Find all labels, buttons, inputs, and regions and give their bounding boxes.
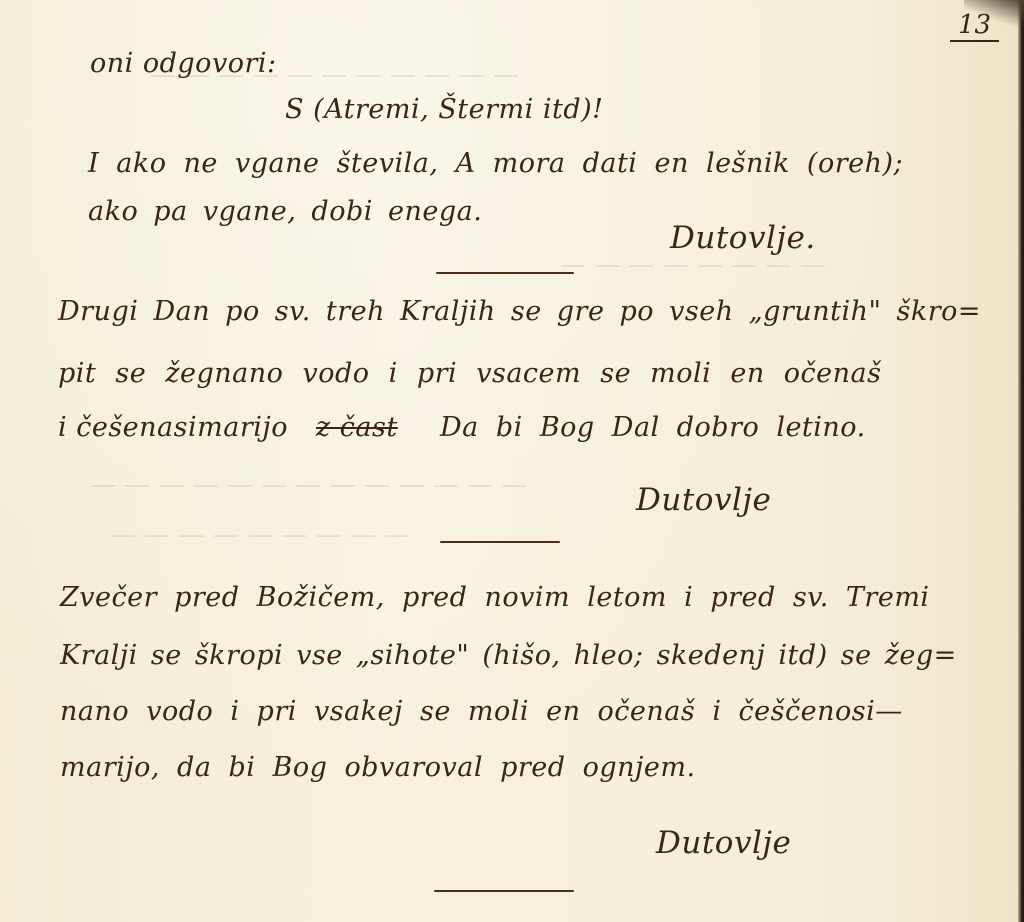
text-line: Drugi Dan po sv. treh Kraljih se gre po … [58, 296, 981, 327]
text-line: Zvečer pred Božičem, pred novim letom i … [60, 582, 930, 613]
text-line: I ako ne vgane števila, A mora dati en l… [88, 148, 903, 179]
text-line: S (Atremi, Štermi itd)! [285, 94, 603, 125]
signature-dutovlje: Dutovlje. [670, 220, 816, 256]
manuscript-page: — — — — — — — — — — — — — — — — — — — — … [0, 0, 1024, 922]
text-line: oni odgovori: [90, 48, 277, 79]
text-line: pit se žegnano vodo i pri vsacem se moli… [58, 358, 882, 389]
bleed-through-text: — — — — — — — — — — — — — [90, 470, 527, 500]
text-line: Da bi Bog Dal dobro letino. [440, 412, 866, 443]
text-line: Kralji se škropi vse „sihote" (hišo, hle… [60, 640, 957, 671]
text-line: nano vodo i pri vsakej se moli en očenaš… [60, 696, 903, 727]
page-number: 13 [950, 10, 999, 42]
signature-dutovlje: Dutovlje [636, 482, 771, 518]
page-edge-shadow [1018, 0, 1024, 922]
struck-text: z čast [316, 412, 398, 443]
bleed-through-text: — — — — — — — — — [110, 520, 410, 550]
section-divider [440, 541, 560, 543]
section-divider [434, 890, 574, 892]
section-divider [436, 272, 574, 274]
text-line: i češenasimarijo [58, 412, 288, 443]
text-line: ako pa vgane, dobi enega. [88, 196, 482, 227]
text-line: marijo, da bi Bog obvaroval pred ognjem. [60, 752, 696, 783]
signature-dutovlje: Dutovlje [656, 825, 791, 861]
